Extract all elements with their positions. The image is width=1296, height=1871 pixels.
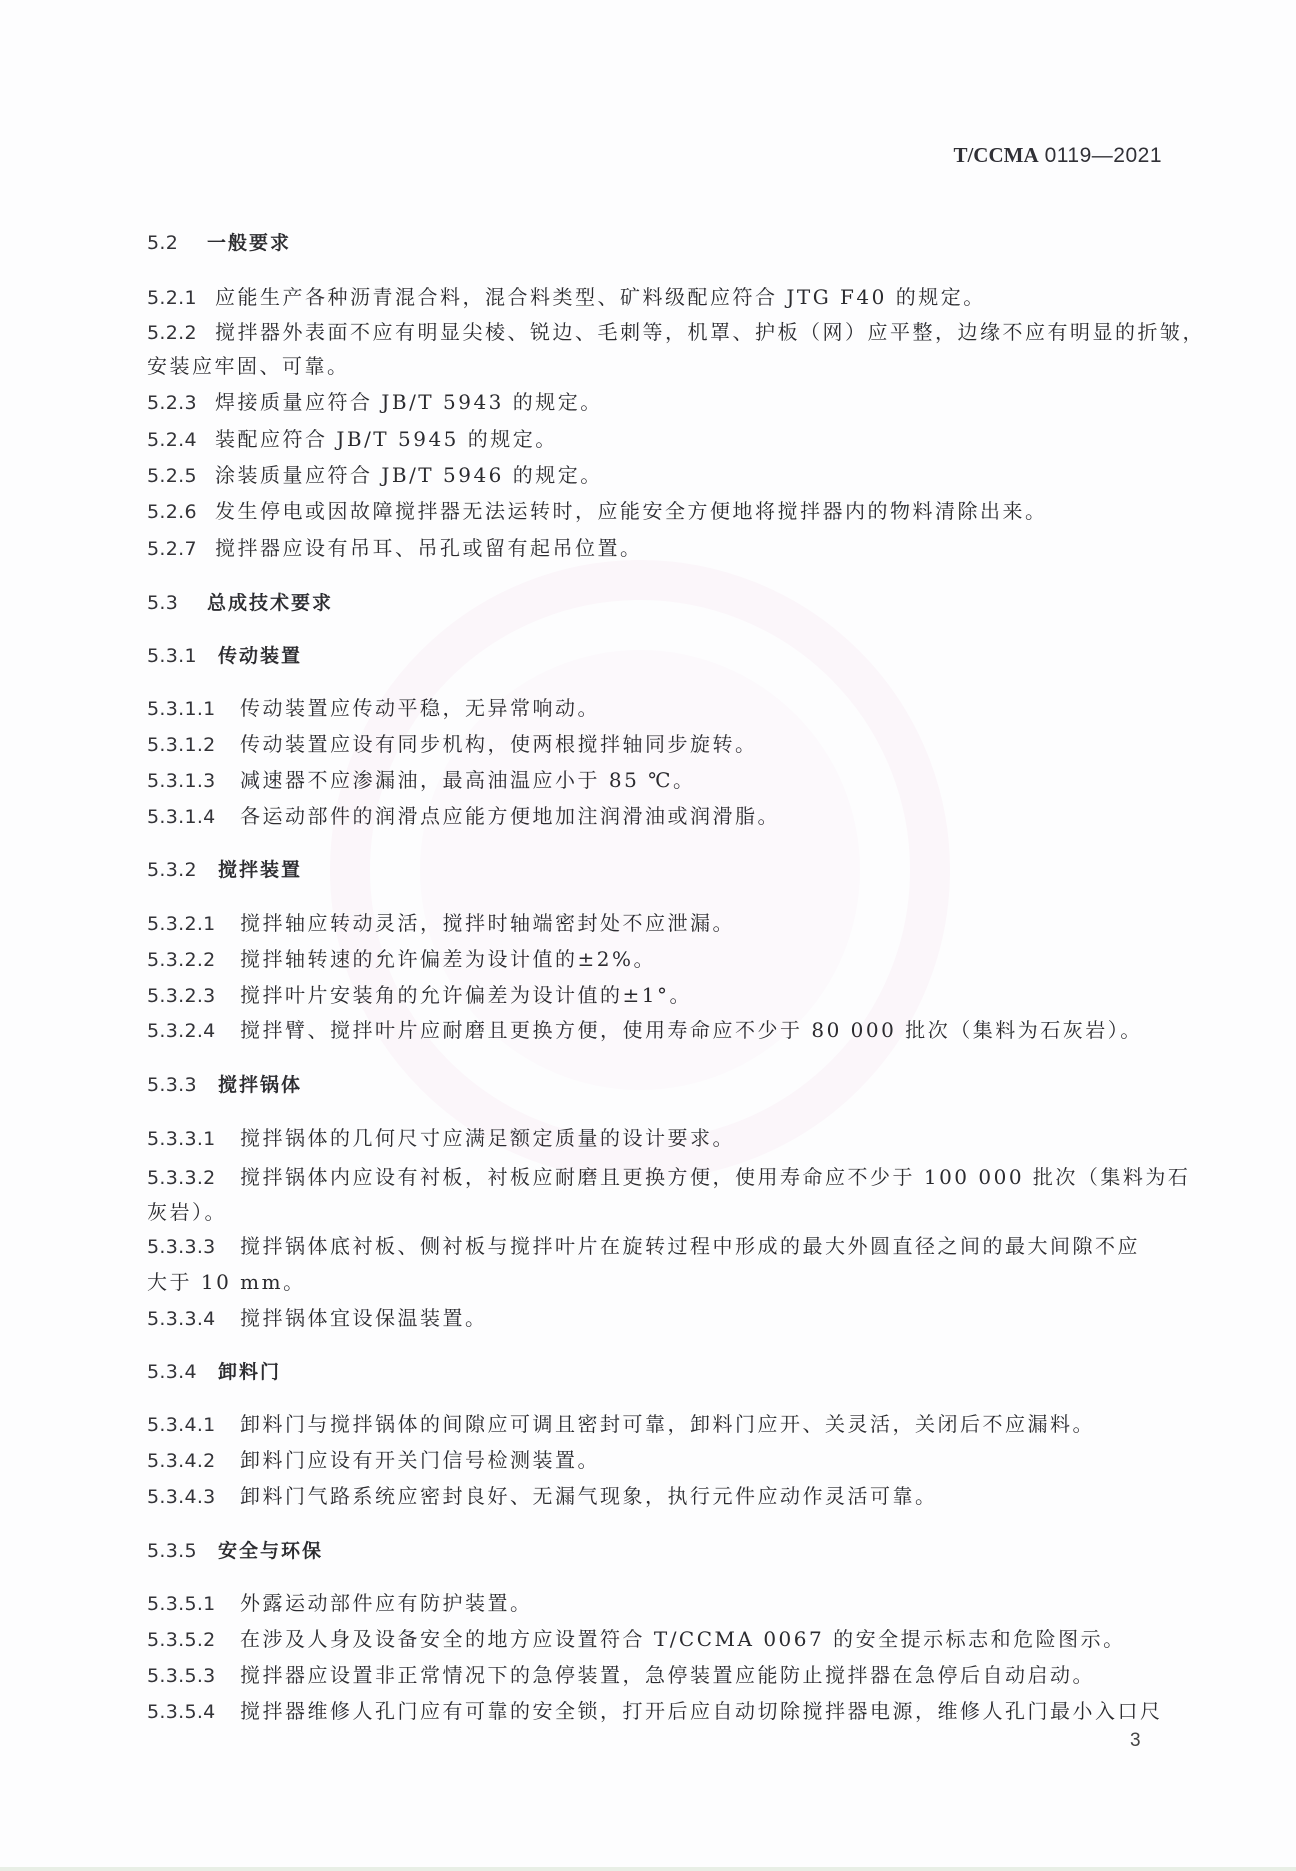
section-heading: 5.3总成技术要求 (147, 585, 333, 619)
clause-item: 5.3.2.2搅拌轴转速的允许偏差为设计值的±2%。 (147, 942, 656, 976)
heading-title: 一般要求 (207, 232, 291, 254)
heading-title: 安全与环保 (218, 1540, 323, 1562)
clause-text: 卸料门与搅拌锅体的间隙应可调且密封可靠，卸料门应开、关灵活，关闭后不应漏料。 (240, 1412, 1095, 1436)
clause-text: 安装应牢固、可靠。 (147, 354, 350, 378)
clause-number: 5.2.3 (147, 386, 215, 420)
clause-number: 5.3.2.1 (147, 907, 240, 941)
clause-item: 5.3.4.2卸料门应设有开关门信号检测装置。 (147, 1443, 600, 1477)
scan-edge (0, 1867, 1296, 1871)
clause-number: 5.3.4.1 (147, 1408, 240, 1442)
clause-number: 5.3.5.2 (147, 1623, 240, 1657)
clause-text: 焊接质量应符合 JB/T 5943 的规定。 (215, 390, 603, 414)
clause-item: 5.2.4装配应符合 JB/T 5945 的规定。 (147, 422, 558, 456)
clause-number: 5.3.1.3 (147, 764, 240, 798)
clause-item: 5.3.4.1卸料门与搅拌锅体的间隙应可调且密封可靠，卸料门应开、关灵活，关闭后… (147, 1407, 1095, 1441)
clause-number: 5.3.5 (147, 1534, 218, 1568)
clause-item: 5.2.6发生停电或因故障搅拌器无法运转时，应能安全方便地将搅拌器内的物料清除出… (147, 494, 1048, 528)
clause-number: 5.3.3 (147, 1068, 218, 1102)
clause-text: 外露运动部件应有防护装置。 (240, 1591, 533, 1615)
clause-text: 搅拌臂、搅拌叶片应耐磨且更换方便，使用寿命应不少于 80 000 批次（集料为石… (240, 1018, 1143, 1042)
heading-title: 搅拌装置 (218, 859, 302, 881)
clause-number: 5.3.2.4 (147, 1014, 240, 1048)
clause-item: 5.3.3.2搅拌锅体内应设有衬板，衬板应耐磨且更换方便，使用寿命应不少于 10… (147, 1160, 1190, 1194)
clause-number: 5.3.1 (147, 639, 218, 673)
clause-number: 5.2.2 (147, 316, 215, 350)
clause-number: 5.2.4 (147, 423, 215, 457)
clause-text: 搅拌轴转速的允许偏差为设计值的±2%。 (240, 947, 656, 971)
section-heading: 5.3.5安全与环保 (147, 1533, 323, 1567)
clause-text: 传动装置应传动平稳，无异常响动。 (240, 696, 600, 720)
watermark-stamp (330, 560, 950, 1180)
clause-continuation: 安装应牢固、可靠。 (147, 349, 350, 383)
clause-text: 在涉及人身及设备安全的地方应设置符合 T/CCMA 0067 的安全提示标志和危… (240, 1627, 1126, 1651)
clause-item: 5.3.5.3搅拌器应设置非正常情况下的急停装置，急停装置应能防止搅拌器在急停后… (147, 1658, 1095, 1692)
clause-number: 5.3.4.2 (147, 1444, 240, 1478)
clause-text: 传动装置应设有同步机构，使两根搅拌轴同步旋转。 (240, 732, 758, 756)
clause-continuation: 灰岩）。 (147, 1195, 227, 1229)
clause-item: 5.3.2.1搅拌轴应转动灵活，搅拌时轴端密封处不应泄漏。 (147, 906, 735, 940)
clause-item: 5.2.1应能生产各种沥青混合料，混合料类型、矿料级配应符合 JTG F40 的… (147, 280, 986, 314)
clause-number: 5.3 (147, 586, 207, 620)
clause-item: 5.3.3.3搅拌锅体底衬板、侧衬板与搅拌叶片在旋转过程中形成的最大外圆直径之间… (147, 1229, 1140, 1263)
clause-text: 搅拌锅体宜设保温装置。 (240, 1306, 488, 1330)
heading-title: 总成技术要求 (207, 592, 333, 614)
clause-number: 5.3.1.1 (147, 692, 240, 726)
clause-number: 5.2.1 (147, 281, 215, 315)
clause-text: 应能生产各种沥青混合料，混合料类型、矿料级配应符合 JTG F40 的规定。 (215, 285, 986, 309)
clause-item: 5.2.5涂装质量应符合 JB/T 5946 的规定。 (147, 458, 603, 492)
clause-text: 涂装质量应符合 JB/T 5946 的规定。 (215, 463, 603, 487)
standard-code-header: T/CCMA0119—2021 (953, 140, 1162, 170)
clause-number: 5.3.1.4 (147, 800, 240, 834)
clause-number: 5.2.5 (147, 459, 215, 493)
section-heading: 5.3.4卸料门 (147, 1354, 281, 1388)
clause-number: 5.3.2.3 (147, 979, 240, 1013)
clause-text: 搅拌器应设有吊耳、吊孔或留有起吊位置。 (215, 536, 643, 560)
clause-text: 搅拌轴应转动灵活，搅拌时轴端密封处不应泄漏。 (240, 911, 735, 935)
clause-text: 搅拌器维修人孔门应有可靠的安全锁，打开后应自动切除搅拌器电源，维修人孔门最小入口… (240, 1699, 1163, 1723)
clause-text: 搅拌锅体底衬板、侧衬板与搅拌叶片在旋转过程中形成的最大外圆直径之间的最大间隙不应 (240, 1234, 1140, 1258)
clause-number: 5.3.3.4 (147, 1302, 240, 1336)
clause-item: 5.2.7搅拌器应设有吊耳、吊孔或留有起吊位置。 (147, 531, 643, 565)
clause-number: 5.3.3.2 (147, 1161, 240, 1195)
section-heading: 5.2一般要求 (147, 225, 291, 259)
standard-number: 0119—2021 (1045, 144, 1162, 167)
clause-number: 5.3.5.1 (147, 1587, 240, 1621)
clause-number: 5.3.2.2 (147, 943, 240, 977)
clause-number: 5.2.7 (147, 532, 215, 566)
clause-item: 5.3.4.3卸料门气路系统应密封良好、无漏气现象，执行元件应动作灵活可靠。 (147, 1479, 938, 1513)
clause-number: 5.3.2 (147, 853, 218, 887)
page-number: 3 (1130, 1730, 1141, 1752)
clause-continuation: 大于 10 mm。 (147, 1265, 306, 1299)
heading-title: 卸料门 (218, 1361, 281, 1383)
clause-item: 5.2.2搅拌器外表面不应有明显尖棱、锐边、毛刺等，机罩、护板（网）应平整，边缘… (147, 315, 1205, 349)
clause-text: 搅拌叶片安装角的允许偏差为设计值的±1°。 (240, 983, 692, 1007)
clause-item: 5.3.2.3搅拌叶片安装角的允许偏差为设计值的±1°。 (147, 978, 692, 1012)
clause-item: 5.3.3.1搅拌锅体的几何尺寸应满足额定质量的设计要求。 (147, 1121, 735, 1155)
clause-number: 5.3.4 (147, 1355, 218, 1389)
clause-text: 减速器不应渗漏油，最高油温应小于 85 ℃。 (240, 768, 696, 792)
clause-item: 5.3.5.4搅拌器维修人孔门应有可靠的安全锁，打开后应自动切除搅拌器电源，维修… (147, 1694, 1163, 1728)
clause-number: 5.3.5.4 (147, 1695, 240, 1729)
clause-item: 5.3.1.4各运动部件的润滑点应能方便地加注润滑油或润滑脂。 (147, 799, 780, 833)
clause-text: 卸料门气路系统应密封良好、无漏气现象，执行元件应动作灵活可靠。 (240, 1484, 938, 1508)
clause-number: 5.3.1.2 (147, 728, 240, 762)
clause-item: 5.3.1.2传动装置应设有同步机构，使两根搅拌轴同步旋转。 (147, 727, 758, 761)
clause-text: 大于 10 mm。 (147, 1270, 306, 1294)
clause-item: 5.3.2.4搅拌臂、搅拌叶片应耐磨且更换方便，使用寿命应不少于 80 000 … (147, 1013, 1143, 1047)
clause-text: 搅拌器应设置非正常情况下的急停装置，急停装置应能防止搅拌器在急停后自动启动。 (240, 1663, 1095, 1687)
clause-item: 5.3.1.1传动装置应传动平稳，无异常响动。 (147, 691, 600, 725)
section-heading: 5.3.2搅拌装置 (147, 852, 302, 886)
clause-item: 5.3.5.1外露运动部件应有防护装置。 (147, 1586, 533, 1620)
clause-text: 装配应符合 JB/T 5945 的规定。 (215, 427, 558, 451)
heading-title: 传动装置 (218, 645, 302, 667)
clause-number: 5.2.6 (147, 495, 215, 529)
clause-text: 卸料门应设有开关门信号检测装置。 (240, 1448, 600, 1472)
clause-text: 搅拌器外表面不应有明显尖棱、锐边、毛刺等，机罩、护板（网）应平整，边缘不应有明显… (215, 320, 1205, 344)
clause-number: 5.2 (147, 226, 207, 260)
standard-prefix: T/CCMA (953, 143, 1038, 167)
clause-number: 5.3.5.3 (147, 1659, 240, 1693)
section-heading: 5.3.3搅拌锅体 (147, 1067, 302, 1101)
clause-number: 5.3.3.3 (147, 1230, 240, 1264)
clause-text: 搅拌锅体内应设有衬板，衬板应耐磨且更换方便，使用寿命应不少于 100 000 批… (240, 1165, 1190, 1189)
clause-item: 5.2.3焊接质量应符合 JB/T 5943 的规定。 (147, 385, 603, 419)
clause-text: 各运动部件的润滑点应能方便地加注润滑油或润滑脂。 (240, 804, 780, 828)
clause-text: 搅拌锅体的几何尺寸应满足额定质量的设计要求。 (240, 1126, 735, 1150)
clause-text: 灰岩）。 (147, 1200, 227, 1224)
section-heading: 5.3.1传动装置 (147, 638, 302, 672)
clause-number: 5.3.3.1 (147, 1122, 240, 1156)
clause-item: 5.3.3.4搅拌锅体宜设保温装置。 (147, 1301, 488, 1335)
heading-title: 搅拌锅体 (218, 1074, 302, 1096)
clause-item: 5.3.5.2在涉及人身及设备安全的地方应设置符合 T/CCMA 0067 的安… (147, 1622, 1126, 1656)
clause-number: 5.3.4.3 (147, 1480, 240, 1514)
clause-text: 发生停电或因故障搅拌器无法运转时，应能安全方便地将搅拌器内的物料清除出来。 (215, 499, 1048, 523)
clause-item: 5.3.1.3减速器不应渗漏油，最高油温应小于 85 ℃。 (147, 763, 696, 797)
